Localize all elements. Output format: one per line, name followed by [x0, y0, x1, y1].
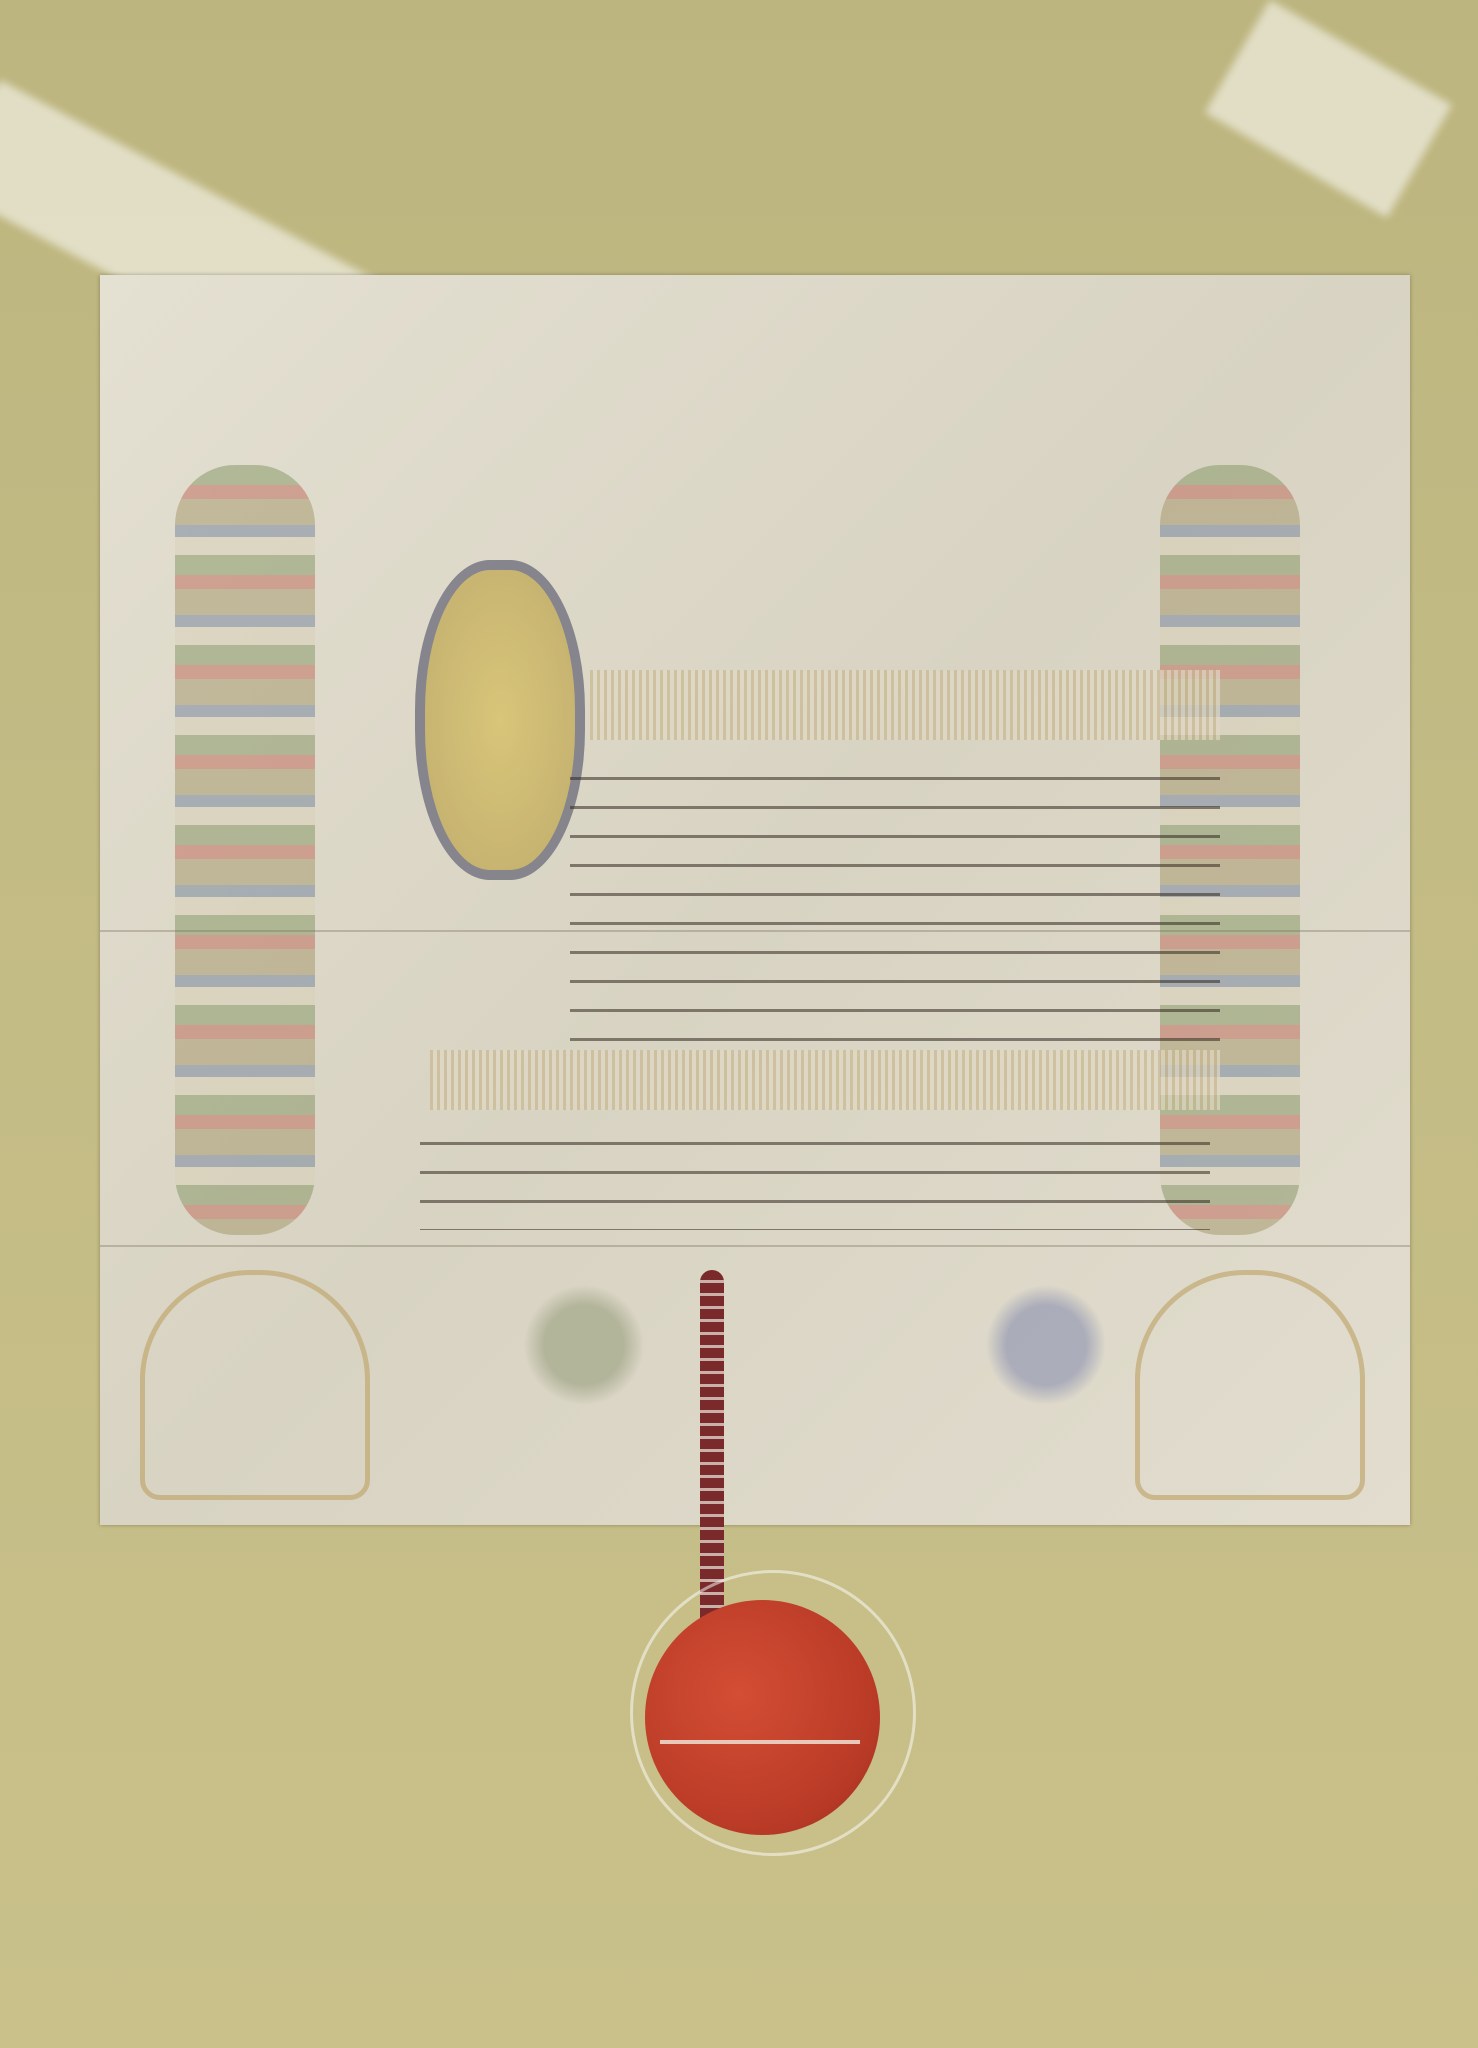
- lower-floral-panel: [430, 1270, 1200, 1420]
- seal-crack: [660, 1740, 860, 1744]
- red-wax-seal: [645, 1600, 880, 1835]
- manuscript-text-block-lower: [420, 1120, 1210, 1230]
- ceiling-light-reflection: [1205, 0, 1452, 218]
- illuminated-charter: [100, 275, 1410, 1525]
- fold-line: [100, 930, 1410, 932]
- manuscript-text-block: [570, 755, 1220, 1045]
- gilded-initial: [415, 560, 585, 880]
- ornamental-header-band: [590, 670, 1220, 740]
- left-floral-border: [175, 465, 315, 1235]
- fold-line: [100, 1245, 1410, 1247]
- left-arch-ornament: [140, 1270, 370, 1500]
- ornamental-middle-band: [430, 1050, 1220, 1110]
